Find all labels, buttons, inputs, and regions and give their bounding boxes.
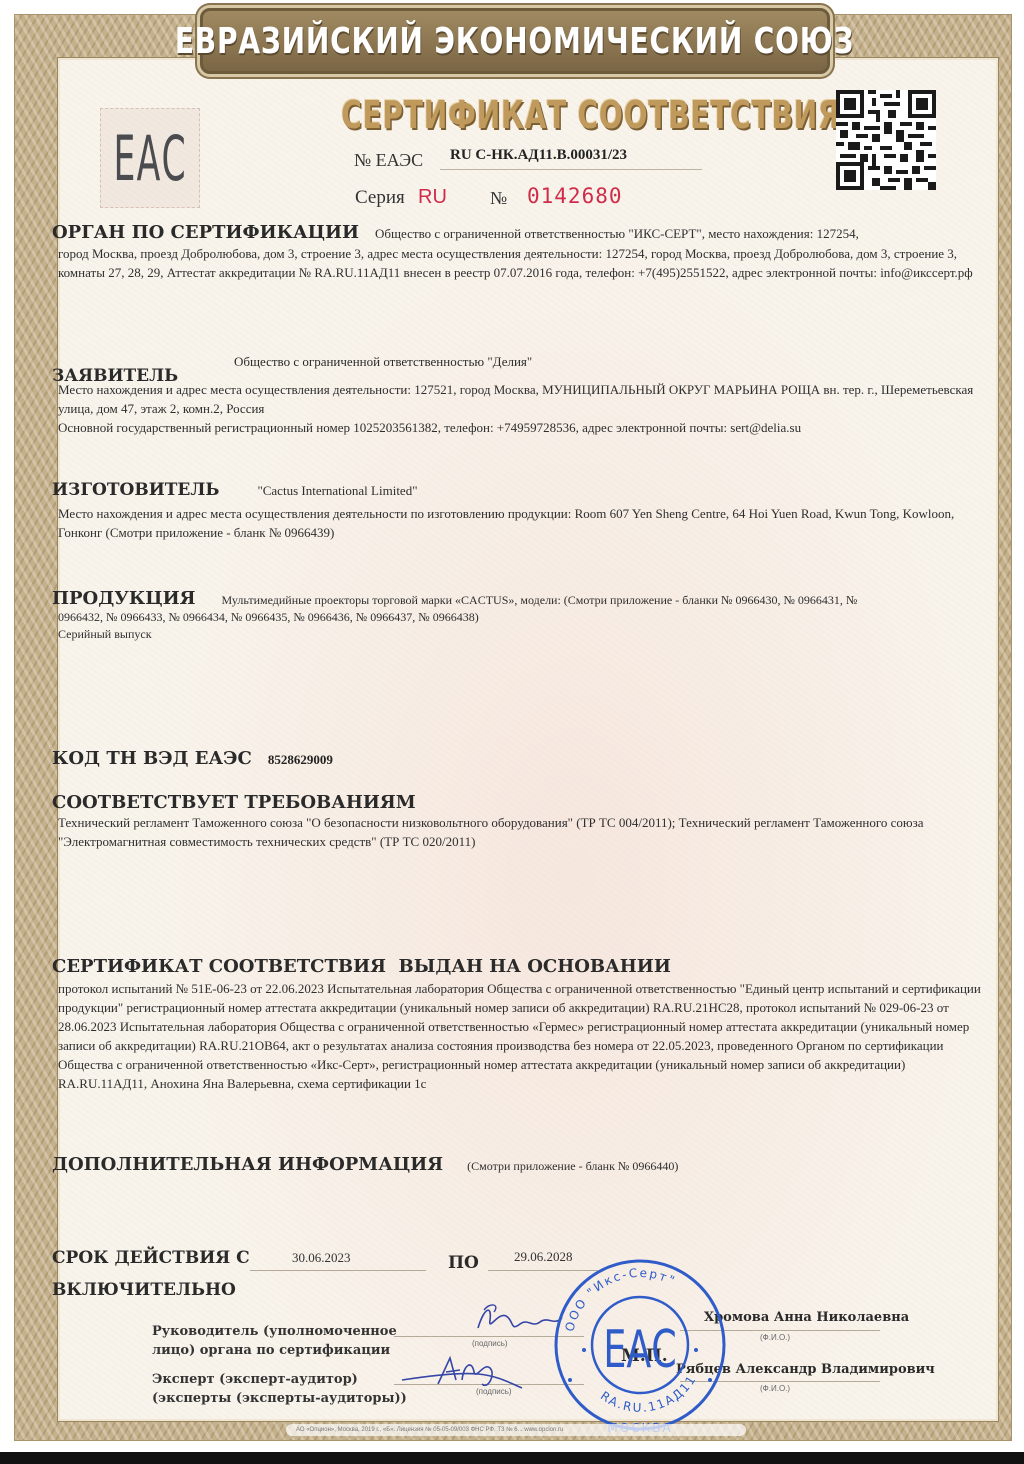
expert-label-line1: Эксперт (эксперт-аудитор) — [152, 1370, 407, 1389]
expert-fio-caption: (Ф.И.О.) — [760, 1384, 790, 1393]
applicant-registration: Основной государственный регистрационный… — [58, 418, 982, 437]
section-additional-info: ДОПОЛНИТЕЛЬНАЯ ИНФОРМАЦИЯ (Смотри прилож… — [52, 1154, 982, 1175]
head-signatory-label: Руководитель (уполномоченное лицо) орган… — [152, 1322, 397, 1360]
head-label-line2: лицо) органа по сертификации — [152, 1341, 397, 1360]
eaes-number: RU С-НК.АД11.В.00031/23 — [450, 147, 627, 164]
section-applicant: Общество с ограниченной ответственностью… — [52, 354, 982, 437]
certification-body-heading: ОРГАН ПО СЕРТИФИКАЦИИ — [52, 222, 359, 243]
validity-to-label: ПО — [448, 1253, 479, 1273]
expert-handwritten-signature-icon — [398, 1350, 528, 1400]
section-requirements: СООТВЕТСТВУЕТ ТРЕБОВАНИЯМ Технический ре… — [52, 792, 982, 851]
validity-inclusive-label: ВКЛЮЧИТЕЛЬНО — [52, 1280, 236, 1300]
certification-body-name: Общество с ограниченной ответственностью… — [375, 226, 859, 241]
blank-number-label: № — [490, 188, 507, 209]
product-description: Мультимедийные проекторы торговой марки … — [221, 593, 857, 607]
basis-heading: СЕРТИФИКАТ СООТВЕТСТВИЯ ВЫДАН НА ОСНОВАН… — [52, 956, 970, 977]
section-issued-basis: СЕРТИФИКАТ СООТВЕТСТВИЯ ВЫДАН НА ОСНОВАН… — [52, 956, 982, 1093]
expert-signatory-label: Эксперт (эксперт-аудитор) (эксперты (экс… — [152, 1370, 407, 1408]
manufacturer-address: Место нахождения и адрес места осуществл… — [58, 504, 982, 542]
requirements-heading: СООТВЕТСТВУЕТ ТРЕБОВАНИЯМ — [52, 792, 970, 813]
eaes-number-underline — [440, 169, 702, 170]
basis-body: протокол испытаний № 51Е-06-23 от 22.06.… — [58, 979, 982, 1093]
head-full-name: Хромова Анна Николаевна — [704, 1310, 909, 1325]
head-label-line1: Руководитель (уполномоченное — [152, 1322, 397, 1341]
tn-ved-heading: КОД ТН ВЭД ЕАЭС — [52, 748, 252, 769]
applicant-address: Место нахождения и адрес места осуществл… — [58, 380, 982, 418]
product-heading: ПРОДУКЦИЯ — [52, 588, 195, 609]
svg-text:ЕАС: ЕАС — [603, 1318, 676, 1379]
valid-from-date: 30.06.2023 — [292, 1250, 351, 1266]
section-product: ПРОДУКЦИЯ Мультимедийные проекторы торго… — [52, 588, 982, 643]
blank-number: 0142680 — [527, 184, 623, 208]
section-tn-ved: КОД ТН ВЭД ЕАЭС 8528629009 — [52, 748, 982, 769]
document-title: СЕРТИФИКАТ СООТВЕТСТВИЯ — [341, 93, 689, 137]
union-title: ЕВРАЗИЙСКИЙ ЭКОНОМИЧЕСКИЙ СОЮЗ — [175, 21, 854, 62]
product-models: 0966432, № 0966433, № 0966434, № 0966435… — [58, 609, 982, 626]
printer-imprint: АО «Опцион», Москва, 2019 г., «Б». Лицен… — [286, 1424, 746, 1436]
tn-ved-code: 8528629009 — [268, 752, 333, 767]
section-manufacturer: ИЗГОТОВИТЕЛЬ "Cactus International Limit… — [52, 480, 982, 542]
certification-stamp-icon: ООО "Икс-Серт" RA.RU.11АД11 ЕАС МОСКВА — [550, 1250, 730, 1440]
validity-label: СРОК ДЕЙСТВИЯ С — [52, 1248, 250, 1268]
manufacturer-name: "Cactus International Limited" — [257, 483, 417, 498]
requirements-body: Технический регламент Таможенного союза … — [58, 813, 982, 851]
scan-bottom-edge — [0, 1452, 1024, 1464]
valid-from-underline — [250, 1270, 426, 1271]
eac-mark-icon: ЕАС — [113, 122, 186, 195]
manufacturer-heading: ИЗГОТОВИТЕЛЬ — [52, 480, 219, 500]
series-value: RU — [418, 186, 447, 209]
qr-code-icon[interactable] — [836, 90, 936, 190]
eaes-number-label: № ЕАЭС — [354, 150, 423, 171]
eac-logo: ЕАС — [100, 108, 200, 208]
expert-label-line2: (эксперты (эксперты-аудиторы)) — [152, 1389, 407, 1408]
additional-info-body: (Смотри приложение - бланк № 0966440) — [467, 1159, 678, 1173]
union-banner: ЕВРАЗИЙСКИЙ ЭКОНОМИЧЕСКИЙ СОЮЗ — [200, 8, 830, 74]
section-certification-body: ОРГАН ПО СЕРТИФИКАЦИИ Общество с огранич… — [52, 222, 982, 282]
product-release-type: Серийный выпуск — [58, 626, 982, 643]
series-label: Серия — [355, 187, 405, 209]
additional-info-heading: ДОПОЛНИТЕЛЬНАЯ ИНФОРМАЦИЯ — [52, 1154, 443, 1175]
head-fio-caption: (Ф.И.О.) — [760, 1333, 790, 1342]
certification-body-details: город Москва, проезд Добролюбова, дом 3,… — [58, 244, 982, 282]
